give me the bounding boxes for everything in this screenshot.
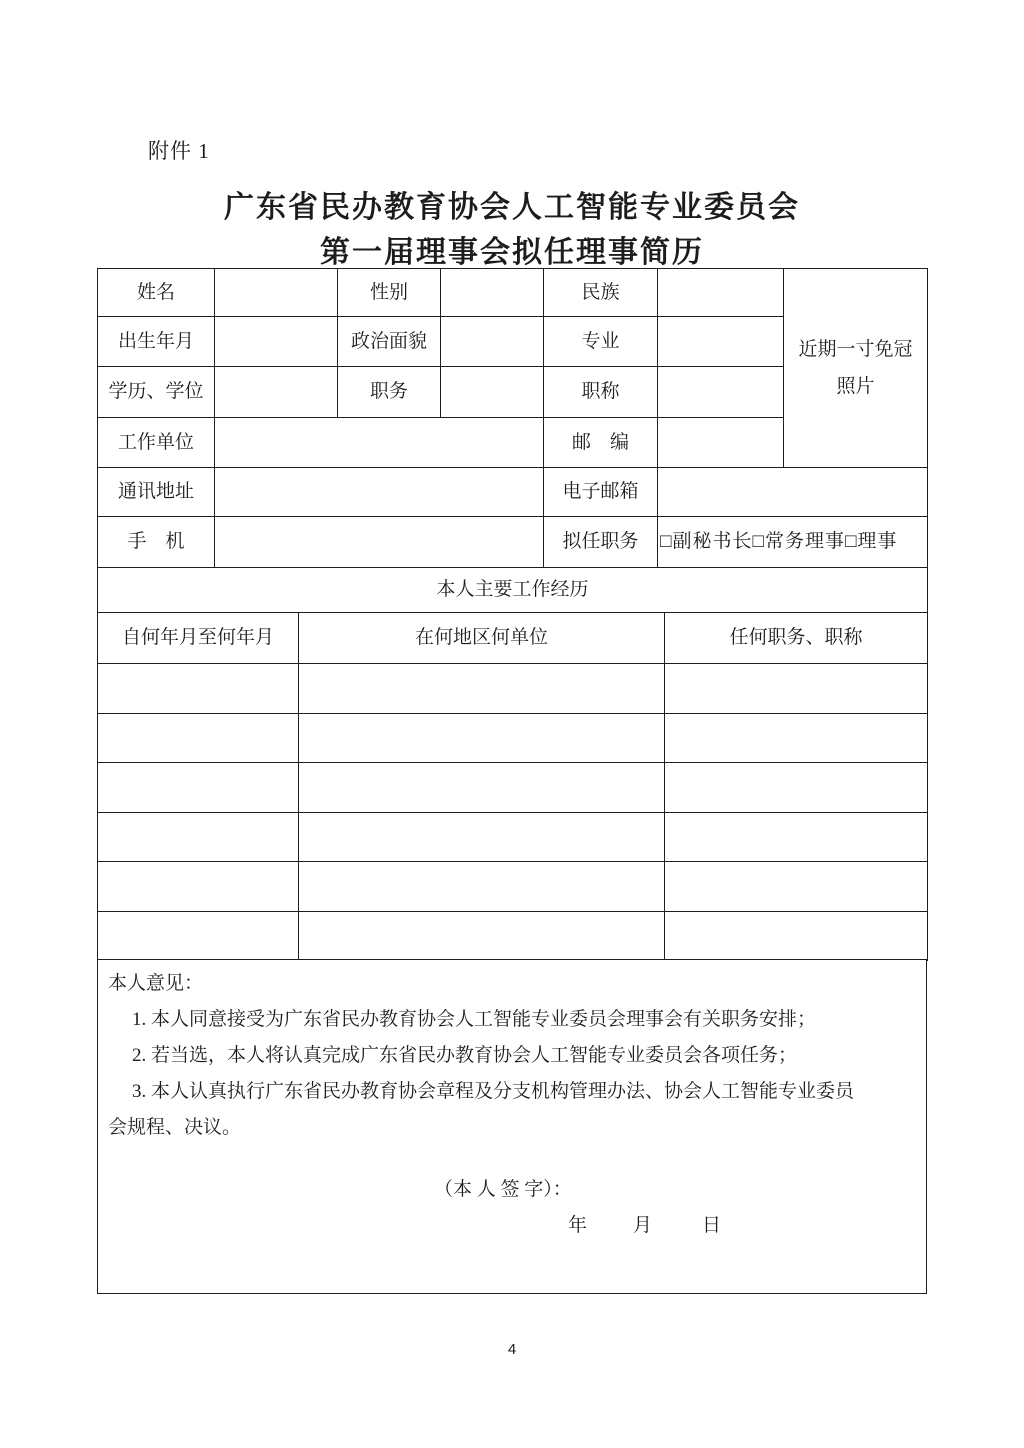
document-title: 广东省民办教育协会人工智能专业委员会 [0,182,1024,226]
experience-row [98,762,928,812]
professional-title-field-cell [658,367,784,418]
resume-form: 姓名 性别 民族 近期一寸免冠 照片 出生年月 政治面貌 专业 学历、学位 职务 [97,268,927,1294]
name-field-cell [215,269,338,317]
opinion-item-1: 1. 本人同意接受为广东省民办教育协会人工智能专业委员会理事会有关职务安排； [108,1002,868,1038]
experience-col-unit: 在何地区何单位 [299,612,665,663]
experience-table: 自何年月至何年月 在何地区何单位 任何职务、职称 [97,612,928,961]
mobile-field-cell [215,517,544,568]
mobile-label: 手 机 [98,517,215,568]
experience-unit-cell [299,663,665,713]
opinion-heading: 本人意见： [108,966,868,1002]
experience-period-cell [98,762,299,812]
date-month-label: 月 [633,1215,652,1236]
experience-row [98,911,928,960]
opinion-cell: 本人意见： 1. 本人同意接受为广东省民办教育协会人工智能专业委员会理事会有关职… [98,960,927,1294]
date-day-label: 日 [702,1215,721,1236]
mailing-address-label: 通讯地址 [98,468,215,517]
birthdate-field-cell [215,317,338,367]
proposed-position-options: □副秘书长□常务理事□理事 [658,517,928,568]
attachment-label: 附件 1 [148,139,210,163]
signature-line: （本 人 签 字）： [108,1172,868,1208]
position-label: 职务 [338,367,441,418]
experience-title-cell [665,861,928,911]
experience-title-cell [665,911,928,960]
major-label: 专业 [544,317,658,367]
experience-title-cell [665,663,928,713]
experience-unit-cell [299,812,665,861]
mailing-address-field-cell [215,468,544,517]
postal-code-label: 邮 编 [544,418,658,468]
experience-period-cell [98,713,299,762]
photo-placeholder-cell: 近期一寸免冠 照片 [784,269,928,468]
experience-title-cell [665,812,928,861]
ethnicity-field-cell [658,269,784,317]
document-subtitle: 第一届理事会拟任理事简历 [0,227,1024,271]
experience-period-cell [98,663,299,713]
document-page: 附件 1 广东省民办教育协会人工智能专业委员会 第一届理事会拟任理事简历 姓名 … [0,0,1024,1448]
major-field-cell [658,317,784,367]
date-year-label: 年 [568,1215,587,1236]
experience-period-cell [98,812,299,861]
email-field-cell [658,468,928,517]
experience-section-title: 本人主要工作经历 [98,568,928,613]
date-line: 年月日 [108,1208,868,1244]
experience-unit-cell [299,911,665,960]
email-label: 电子邮箱 [544,468,658,517]
row-experience-title: 本人主要工作经历 [98,568,928,613]
experience-row [98,812,928,861]
experience-unit-cell [299,861,665,911]
education-label: 学历、学位 [98,367,215,418]
experience-title-cell [665,713,928,762]
opinion-table: 本人意见： 1. 本人同意接受为广东省民办教育协会人工智能专业委员会理事会有关职… [97,959,927,1294]
experience-period-cell [98,911,299,960]
experience-unit-cell [299,713,665,762]
opinion-row: 本人意见： 1. 本人同意接受为广东省民办教育协会人工智能专业委员会理事会有关职… [98,960,927,1294]
political-status-label: 政治面貌 [338,317,441,367]
position-field-cell [441,367,544,418]
row-mobile: 手 机 拟任职务 □副秘书长□常务理事□理事 [98,517,928,568]
postal-code-field-cell [658,418,784,468]
professional-title-label: 职称 [544,367,658,418]
experience-row [98,861,928,911]
experience-col-period: 自何年月至何年月 [98,612,299,663]
work-unit-label: 工作单位 [98,418,215,468]
row-name: 姓名 性别 民族 近期一寸免冠 照片 [98,269,928,317]
work-unit-field-cell [215,418,544,468]
proposed-position-label: 拟任职务 [544,517,658,568]
signature-label: （本 人 签 字）： [434,1179,572,1200]
basic-info-table: 姓名 性别 民族 近期一寸免冠 照片 出生年月 政治面貌 专业 学历、学位 职务 [97,268,928,613]
experience-row [98,663,928,713]
row-mailing-address: 通讯地址 电子邮箱 [98,468,928,517]
political-status-field-cell [441,317,544,367]
birthdate-label: 出生年月 [98,317,215,367]
opinion-item-3: 3. 本人认真执行广东省民办教育协会章程及分支机构管理办法、协会人工智能专业委员… [108,1074,868,1146]
name-label: 姓名 [98,269,215,317]
experience-header-row: 自何年月至何年月 在何地区何单位 任何职务、职称 [98,612,928,663]
experience-unit-cell [299,762,665,812]
gender-field-cell [441,269,544,317]
ethnicity-label: 民族 [544,269,658,317]
gender-label: 性别 [338,269,441,317]
education-field-cell [215,367,338,418]
opinion-item-2: 2. 若当选，本人将认真完成广东省民办教育协会人工智能专业委员会各项任务； [108,1038,868,1074]
experience-title-cell [665,762,928,812]
experience-period-cell [98,861,299,911]
experience-col-title: 任何职务、职称 [665,612,928,663]
experience-row [98,713,928,762]
page-number: 4 [0,1341,1024,1358]
